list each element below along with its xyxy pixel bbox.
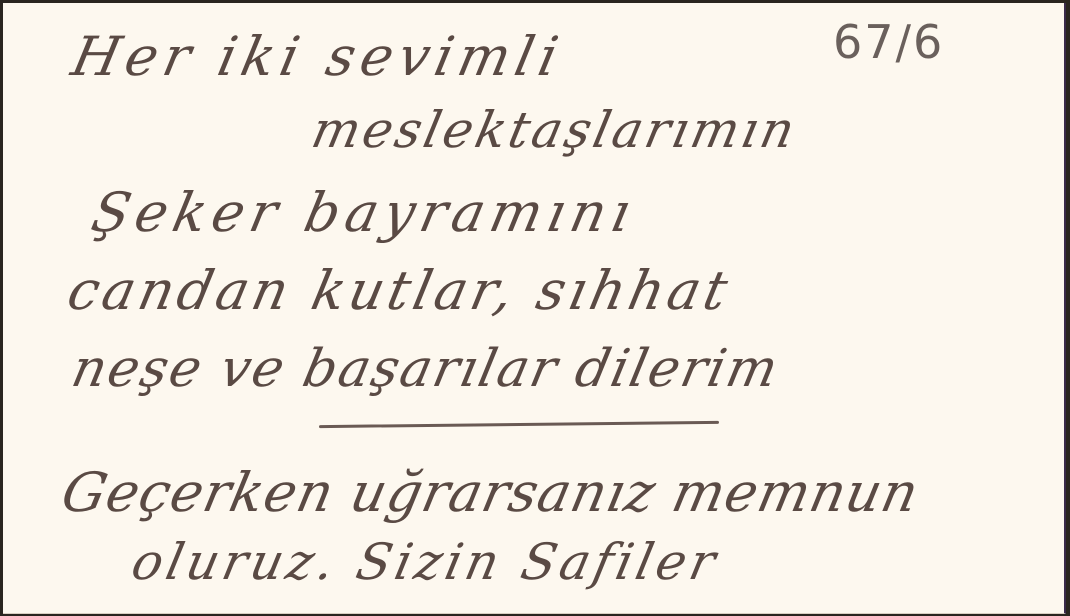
text-line-4: candan kutlar, sıhhat <box>62 259 737 322</box>
underline-stroke <box>319 421 719 428</box>
text-line-3: Şeker bayramını <box>86 181 642 244</box>
text-line-6: Geçerken uğrarsanız memnun <box>56 461 925 524</box>
text-line-5: neşe ve başarılar dilerim <box>67 339 785 399</box>
text-line-2: meslektaşlarımın <box>307 101 803 159</box>
reference-number: 67/6 <box>833 15 944 69</box>
text-line-7-signature: oluruz. Sizin Safiler <box>127 533 725 591</box>
text-line-1: Her iki sevimli <box>66 25 569 88</box>
handwritten-card: 67/6 Her iki sevimli meslektaşlarımın Şe… <box>3 3 1066 614</box>
